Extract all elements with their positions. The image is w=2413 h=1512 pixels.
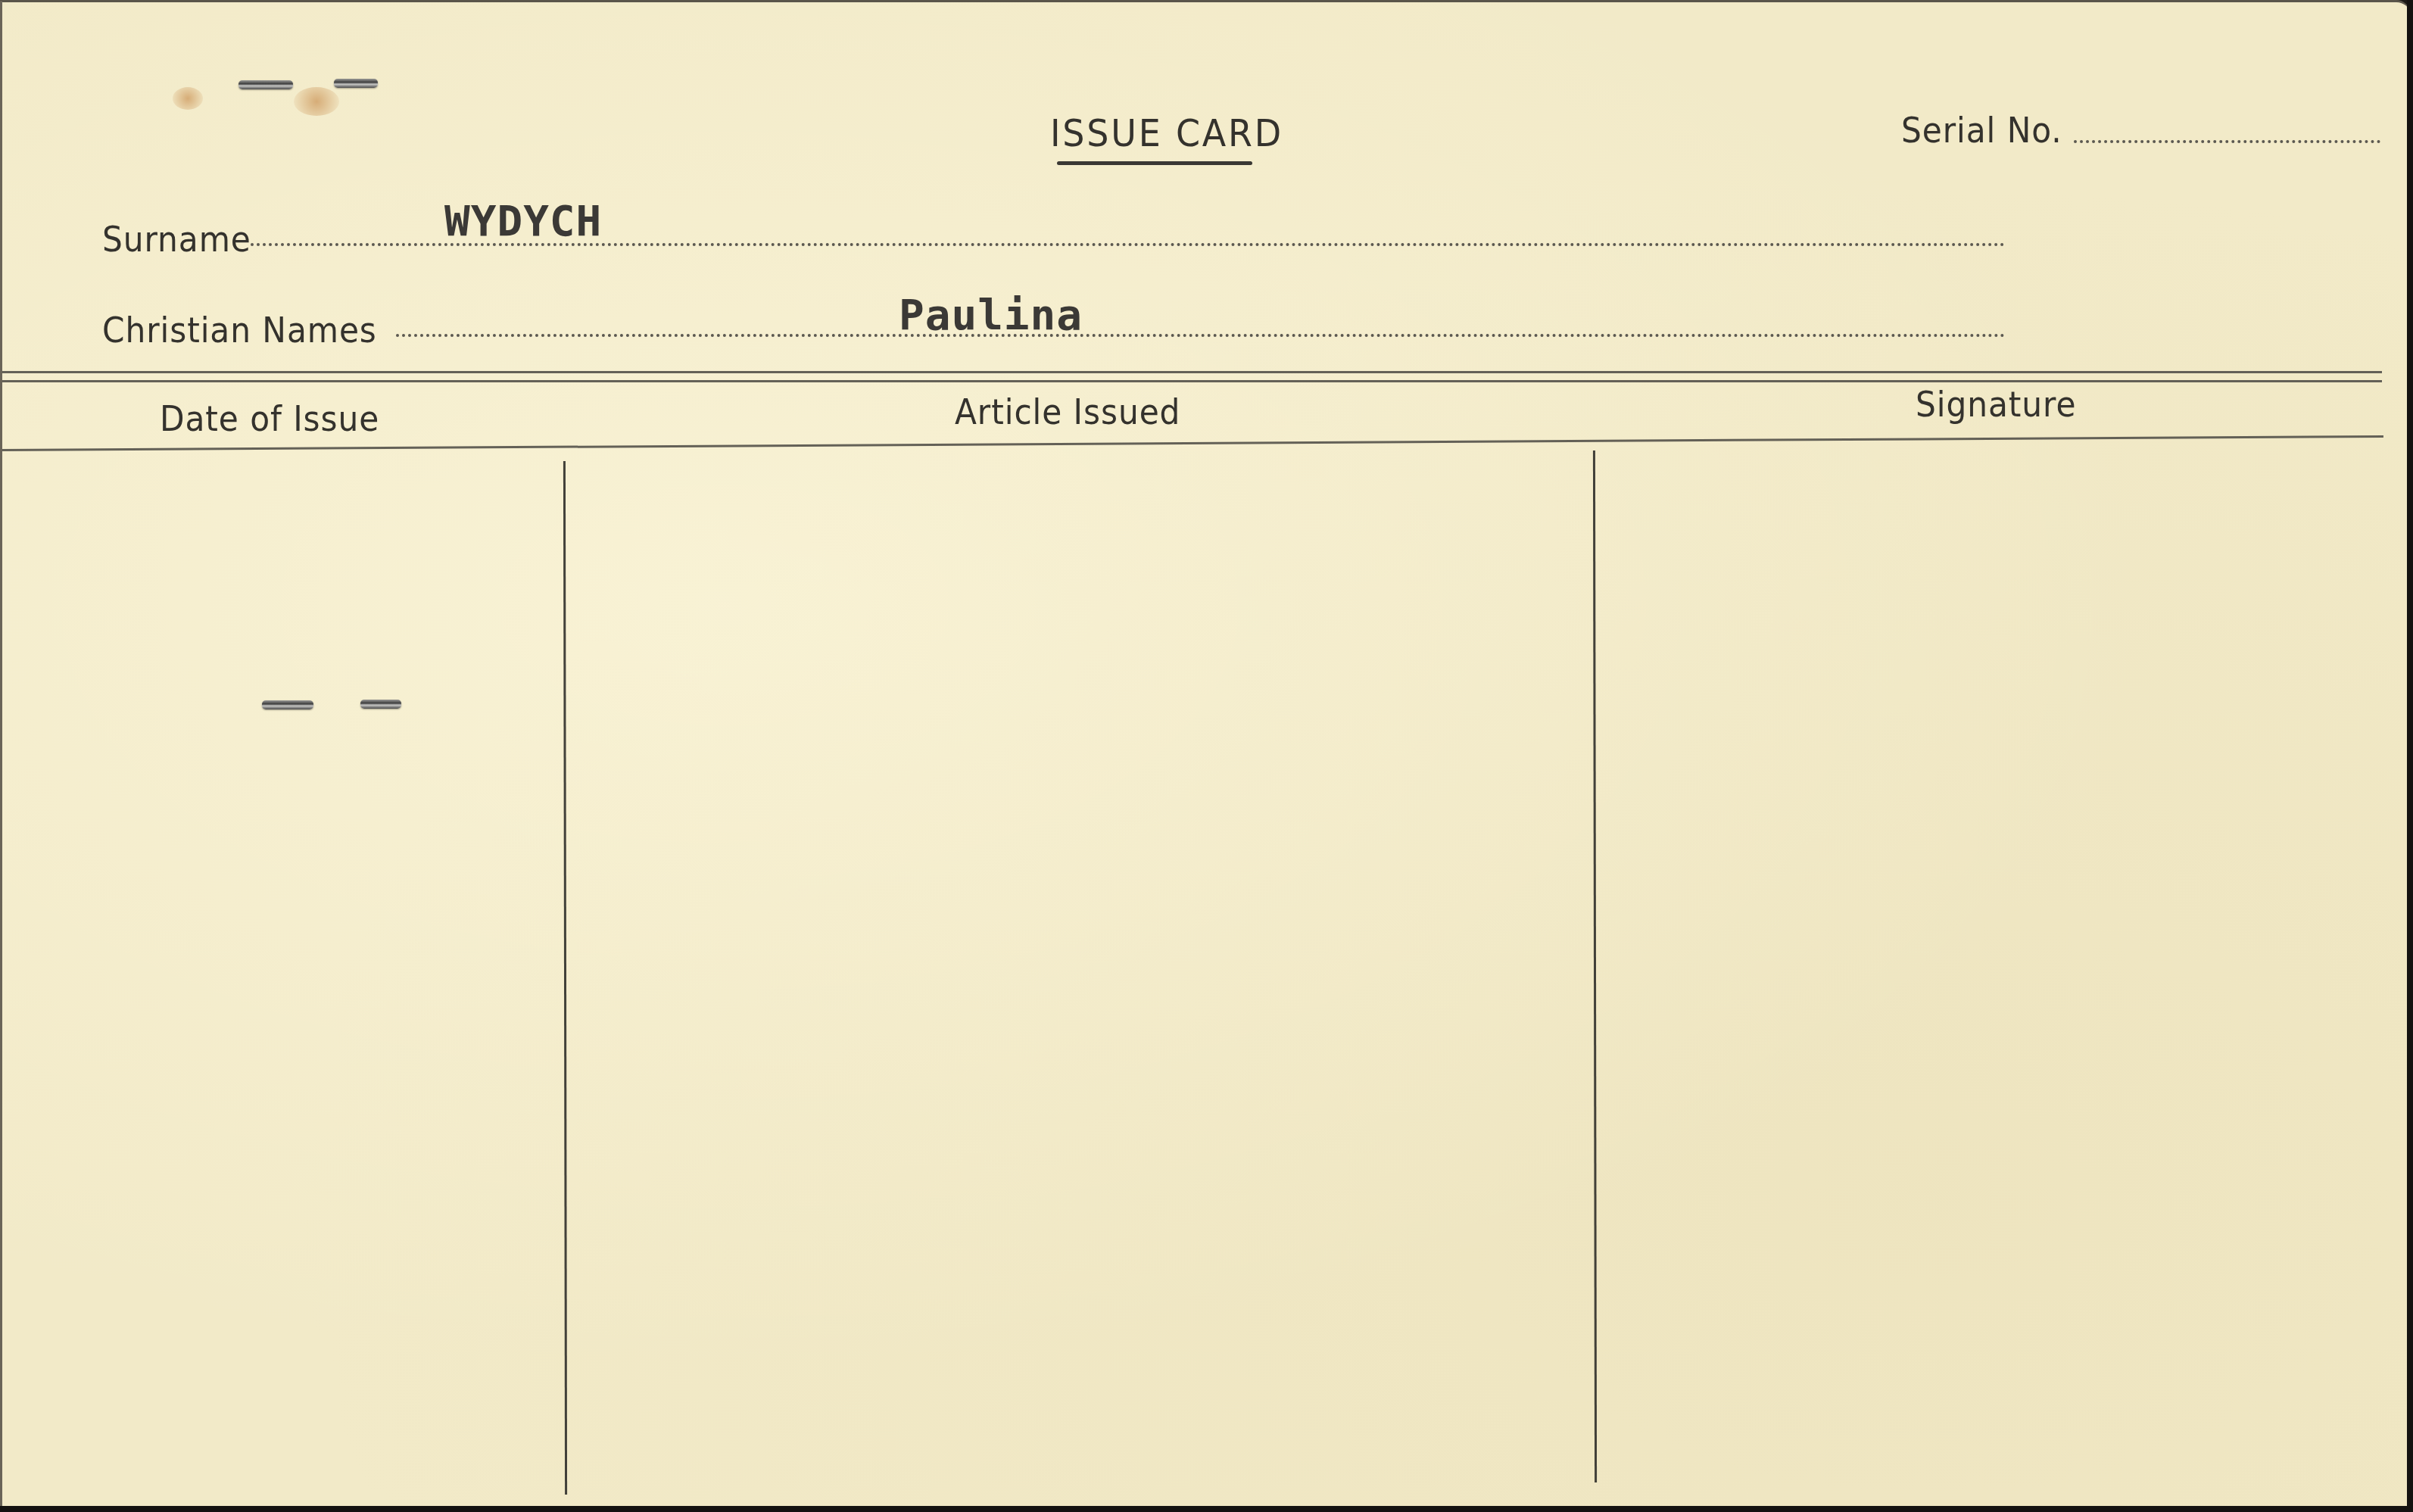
card-edge-shadow: [2407, 0, 2413, 1512]
column-header-signature: Signature: [1916, 387, 2076, 422]
staple-icon: [238, 80, 293, 89]
column-header-article-issued: Article Issued: [955, 394, 1180, 429]
christian-names-field[interactable]: [396, 334, 2006, 337]
column-header-date-of-issue: Date of Issue: [160, 401, 379, 436]
date-of-issue-column[interactable]: [2, 457, 563, 1494]
christian-names-label: Christian Names: [102, 313, 377, 348]
rust-stain: [294, 87, 339, 116]
surname-label: Surname: [102, 222, 251, 257]
staple-icon: [334, 79, 378, 88]
serial-field[interactable]: [2074, 140, 2380, 143]
title-underline: [1057, 161, 1252, 165]
serial-label: Serial No.: [1901, 113, 2062, 148]
staple-icon: [262, 700, 313, 709]
card-edge-shadow: [0, 1506, 2413, 1512]
signature-column[interactable]: [1597, 449, 2384, 1486]
double-rule-bottom: [2, 380, 2382, 382]
staple-icon: [360, 700, 401, 709]
christian-names-value: Paulina: [899, 295, 1083, 337]
rust-stain: [173, 87, 203, 110]
article-issued-column[interactable]: [567, 457, 1592, 1494]
surname-value: WYDYCH: [444, 201, 602, 243]
issue-card: ISSUE CARD Serial No. Surname WYDYCH Chr…: [0, 0, 2410, 1509]
double-rule-top: [2, 371, 2382, 373]
card-title: ISSUE CARD: [1050, 114, 1283, 152]
